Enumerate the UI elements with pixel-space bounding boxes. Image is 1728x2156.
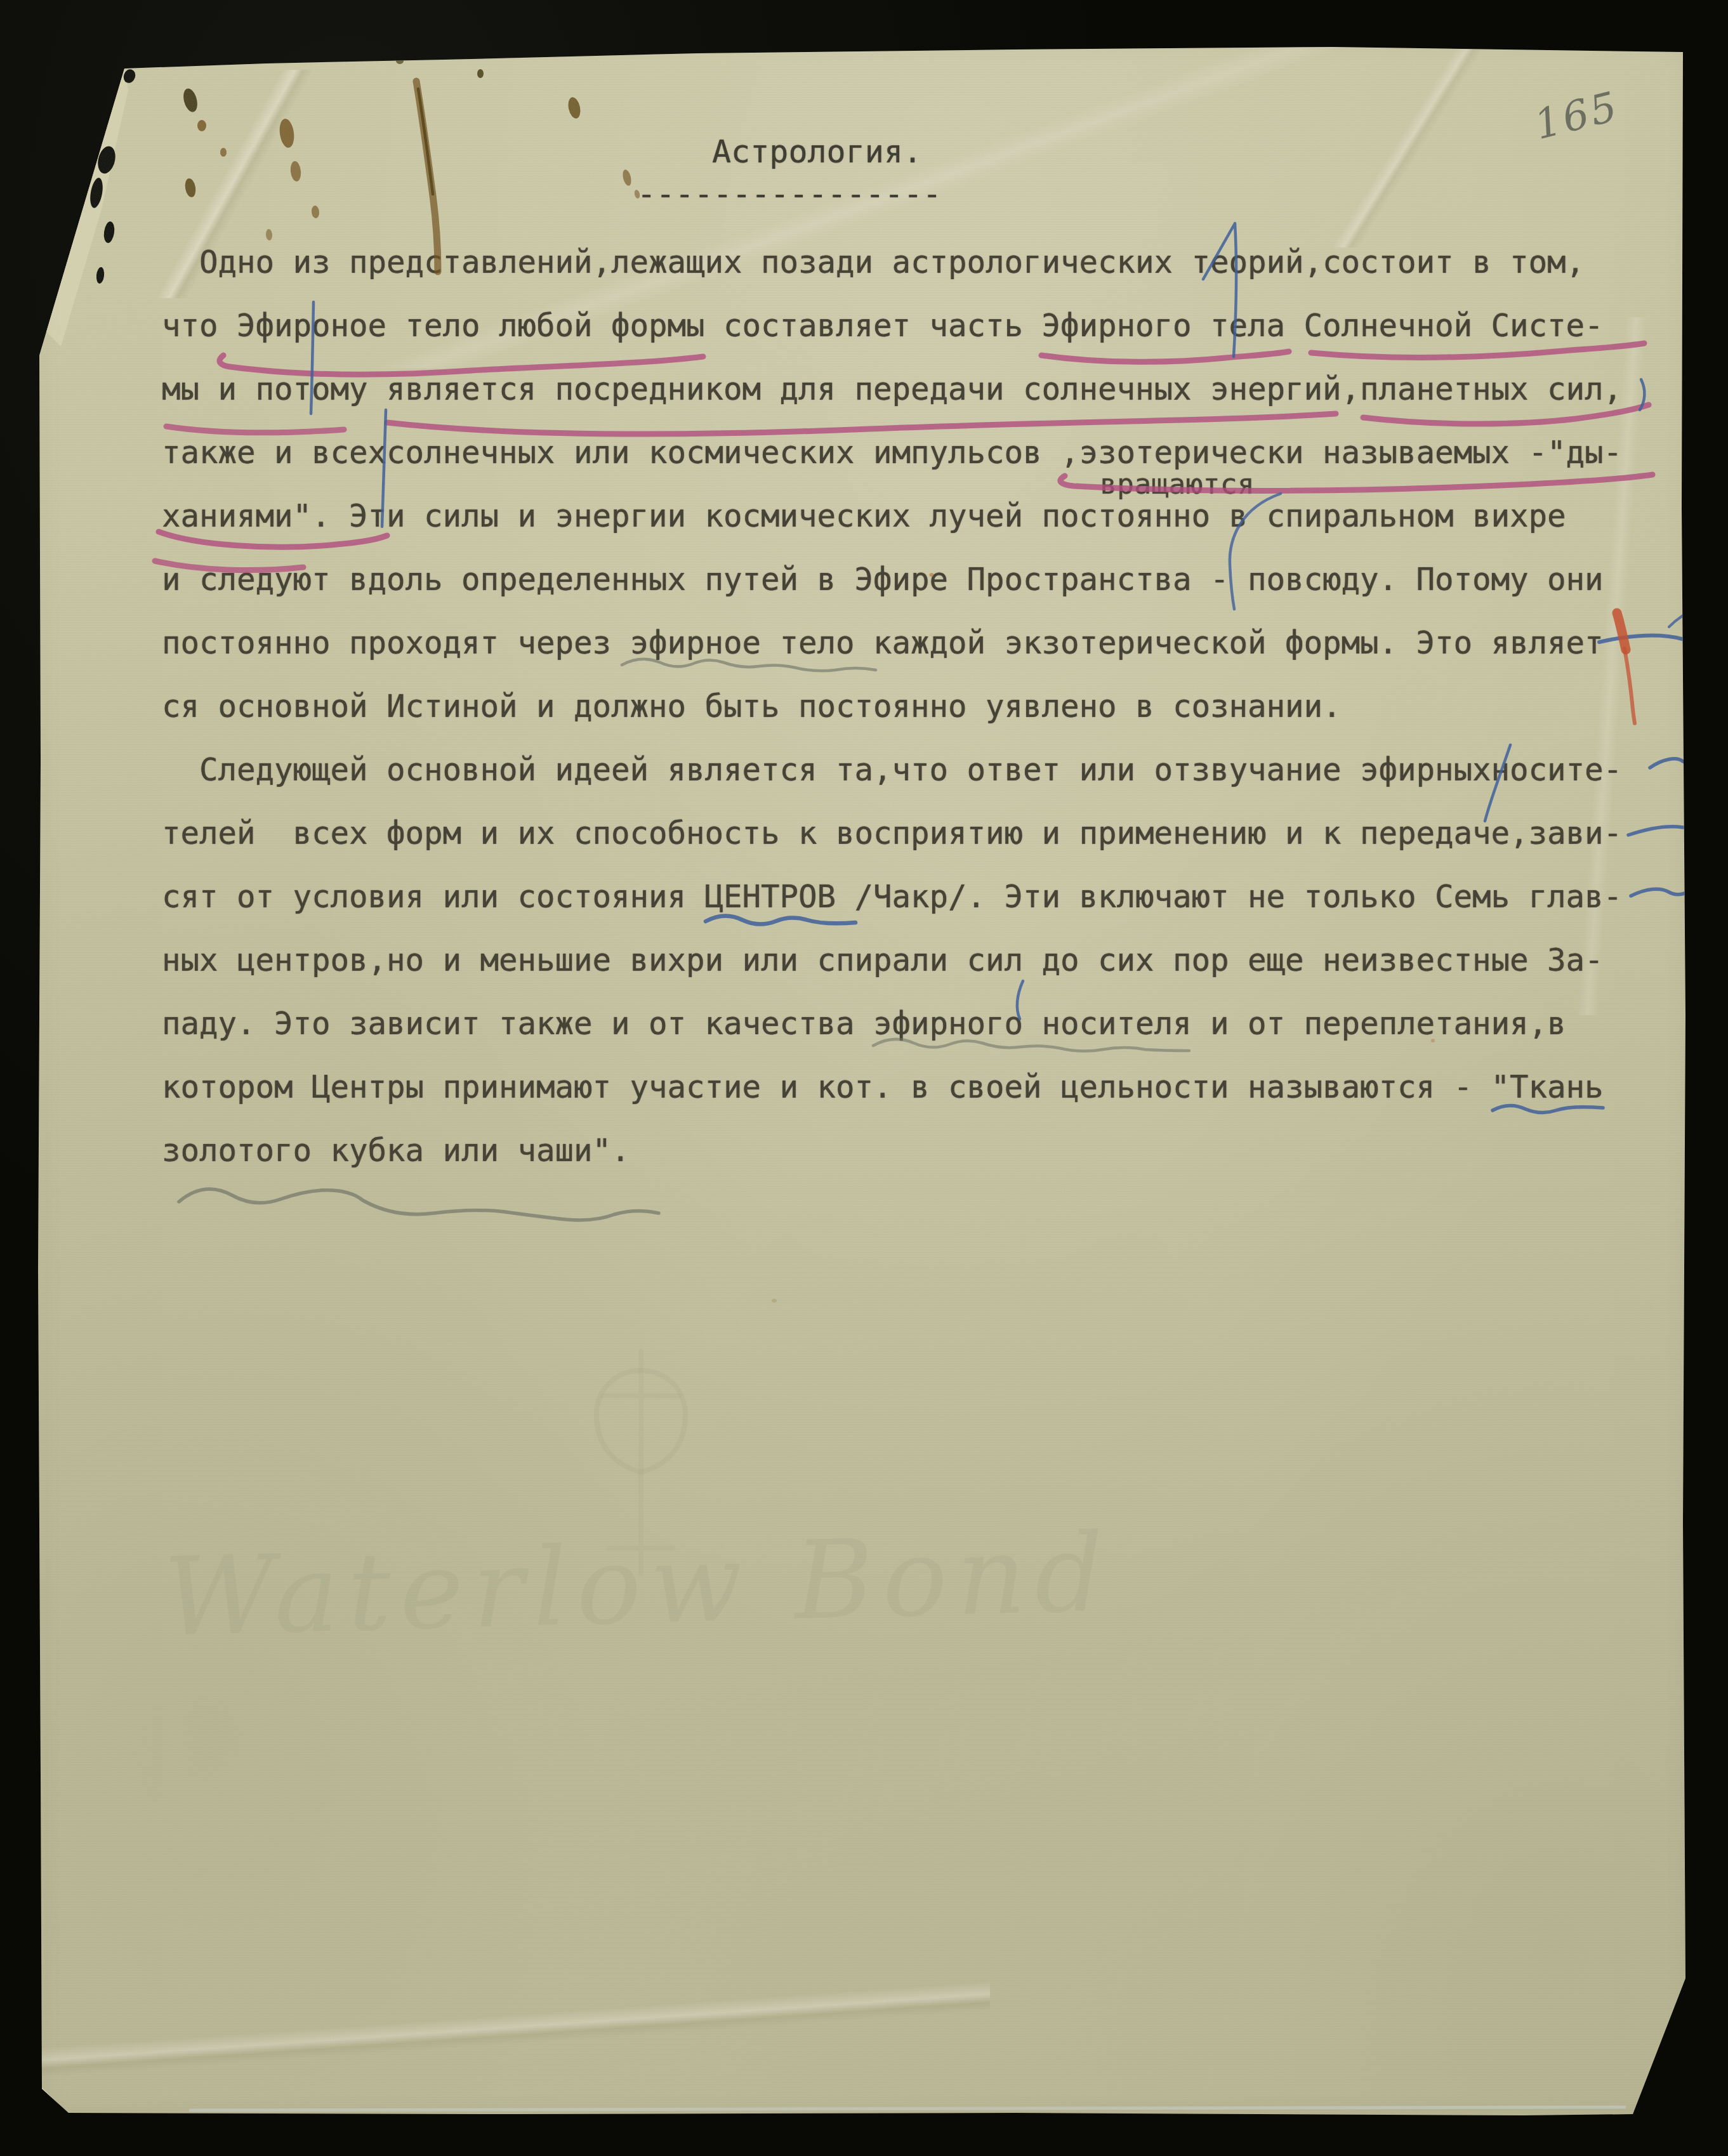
bottom-edge-light — [190, 2107, 1625, 2110]
torn-hole — [103, 221, 116, 244]
torn-hole — [122, 68, 137, 85]
blue-dash-line7-end — [1599, 636, 1684, 642]
ink-stain — [621, 169, 633, 187]
handwritten-page-number: 165 — [1530, 83, 1624, 149]
ink-stain — [567, 96, 583, 120]
watermark-emblem — [597, 1371, 685, 1472]
ink-stain — [184, 178, 197, 198]
typed-line: мы и потому является посредником для пер… — [162, 373, 1622, 406]
ink-stain — [289, 161, 301, 181]
ink-stain — [311, 205, 320, 218]
ink-stain — [278, 118, 296, 149]
pink-underline-etheric-body-2 — [1041, 352, 1289, 362]
pink-underline-transmission — [387, 414, 1336, 434]
blue-underline-centers — [706, 916, 855, 924]
paper-crease — [38, 1954, 990, 2100]
red-streak-margin-top — [1617, 613, 1626, 650]
ink-stain — [197, 120, 206, 131]
blue-underline-tkan — [1493, 1105, 1603, 1112]
typed-line: ся основной Истиной и должно быть постоя… — [162, 690, 1342, 723]
ink-streak — [416, 81, 438, 272]
torn-hole — [96, 266, 105, 284]
typed-line: постоянно проходят через эфирное тело ка… — [162, 627, 1604, 660]
ink-streak-core — [418, 89, 433, 194]
typed-line: паду. Это зависит также и от качества эф… — [162, 1008, 1566, 1041]
ink-stain — [181, 87, 199, 114]
ink-stain — [477, 69, 484, 78]
rust-speck — [772, 1299, 777, 1303]
typed-line: и следуют вдоль определенных путей в Эфи… — [162, 563, 1604, 596]
blue-tick-line7-end — [1669, 615, 1683, 627]
ink-stain — [265, 229, 272, 241]
scanned-document-page: { "page": { "background_color": "#0a0a07… — [0, 0, 1728, 2156]
blue-comma-line3-end — [1640, 379, 1644, 410]
page-title: Астрология. — [712, 133, 922, 170]
typed-line: ханиями". Эти силы и энергии космических… — [162, 500, 1566, 533]
title-underline: ---------------- — [637, 176, 942, 213]
typed-line: сят от условия или состояния ЦЕНТРОВ /Ча… — [162, 881, 1622, 914]
paper-sheet: Waterlow Bond Астрология. --------------… — [0, 0, 1728, 2156]
pink-underline-planetary-forces — [1363, 405, 1649, 424]
pink-underline-transmission-left — [166, 426, 344, 433]
pink-underline-solar-system — [1311, 343, 1644, 357]
blue-dash-line10-end — [1628, 827, 1683, 835]
typed-line: Следующей основной идеей является та,что… — [162, 754, 1622, 787]
watermark-text: Waterlow Bond — [162, 1510, 1114, 1660]
pencil-squiggle-golden-cup — [179, 1189, 659, 1220]
typed-line: телей всех форм и их способность к воспр… — [162, 817, 1622, 850]
ink-stain — [220, 148, 227, 157]
typed-line: Одно из представлений,лежащих позади аст… — [162, 246, 1585, 279]
typed-line: котором Центры принимают участие и кот. … — [162, 1071, 1604, 1104]
red-streak-margin-tail — [1625, 648, 1635, 723]
blue-dash-line9-end — [1650, 759, 1683, 768]
typed-line: ных центров,но и меньшие вихри или спира… — [162, 944, 1604, 977]
typed-insertion-word: вращаются — [1100, 467, 1255, 501]
typed-line: золотого кубка или чаши". — [162, 1134, 630, 1167]
typed-line: также и всехсолнечных или космических им… — [162, 437, 1622, 470]
paper-crease — [1237, 44, 1580, 247]
typed-line: что Эфироное тело любой формы составляет… — [162, 310, 1604, 343]
